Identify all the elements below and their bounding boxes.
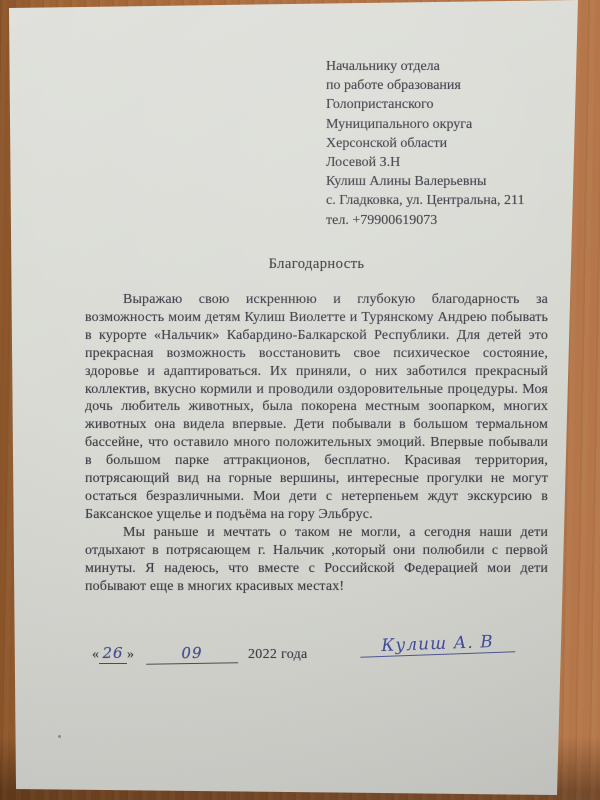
recipient-line: Лосевой З.Н: [326, 153, 524, 172]
date-year: 2022 года: [248, 647, 308, 662]
letter-title: Благодарность: [85, 256, 548, 273]
handwritten-month: 09: [181, 644, 202, 662]
letter-body: Выражаю свою искреннюю и глубокую благод…: [85, 291, 548, 595]
recipient-line: Голопристанского: [326, 95, 524, 114]
recipient-line: с. Гладковка, ул. Центральна, 211: [326, 191, 524, 210]
recipient-line: Начальнику отдела: [326, 57, 524, 76]
recipient-line: Херсонской области: [326, 134, 524, 153]
letter-paper: Начальнику отдела по работе образования …: [0, 0, 600, 800]
date-close-quote: »: [127, 647, 134, 662]
paper-speck: [58, 735, 61, 738]
letter-paragraph: Выражаю свою искреннюю и глубокую благод…: [85, 291, 548, 524]
letter-paragraph: Мы раньше и мечтать о таком не могли, а …: [85, 524, 548, 596]
date-day-underline: 26: [99, 644, 127, 664]
handwritten-signature: Кулиш А. В: [381, 632, 494, 656]
handwritten-day: 26: [102, 644, 123, 662]
signature-underline: Кулиш А. В: [360, 631, 516, 657]
date-line: «26»092022 года: [92, 644, 308, 664]
recipient-line: Муниципального округа: [326, 115, 524, 134]
recipient-line: Кулиш Алины Валерьевны: [326, 172, 524, 191]
recipient-line: по работе образования: [326, 76, 524, 95]
date-open-quote: «: [92, 647, 99, 662]
recipient-line: тел. +79900619073: [326, 211, 524, 230]
date-month-underline: 09: [146, 643, 238, 665]
photo-of-letter: { "photo": { "wood_color": "#aa6c3c", "p…: [0, 0, 600, 800]
recipient-block: Начальнику отдела по работе образования …: [326, 57, 524, 230]
